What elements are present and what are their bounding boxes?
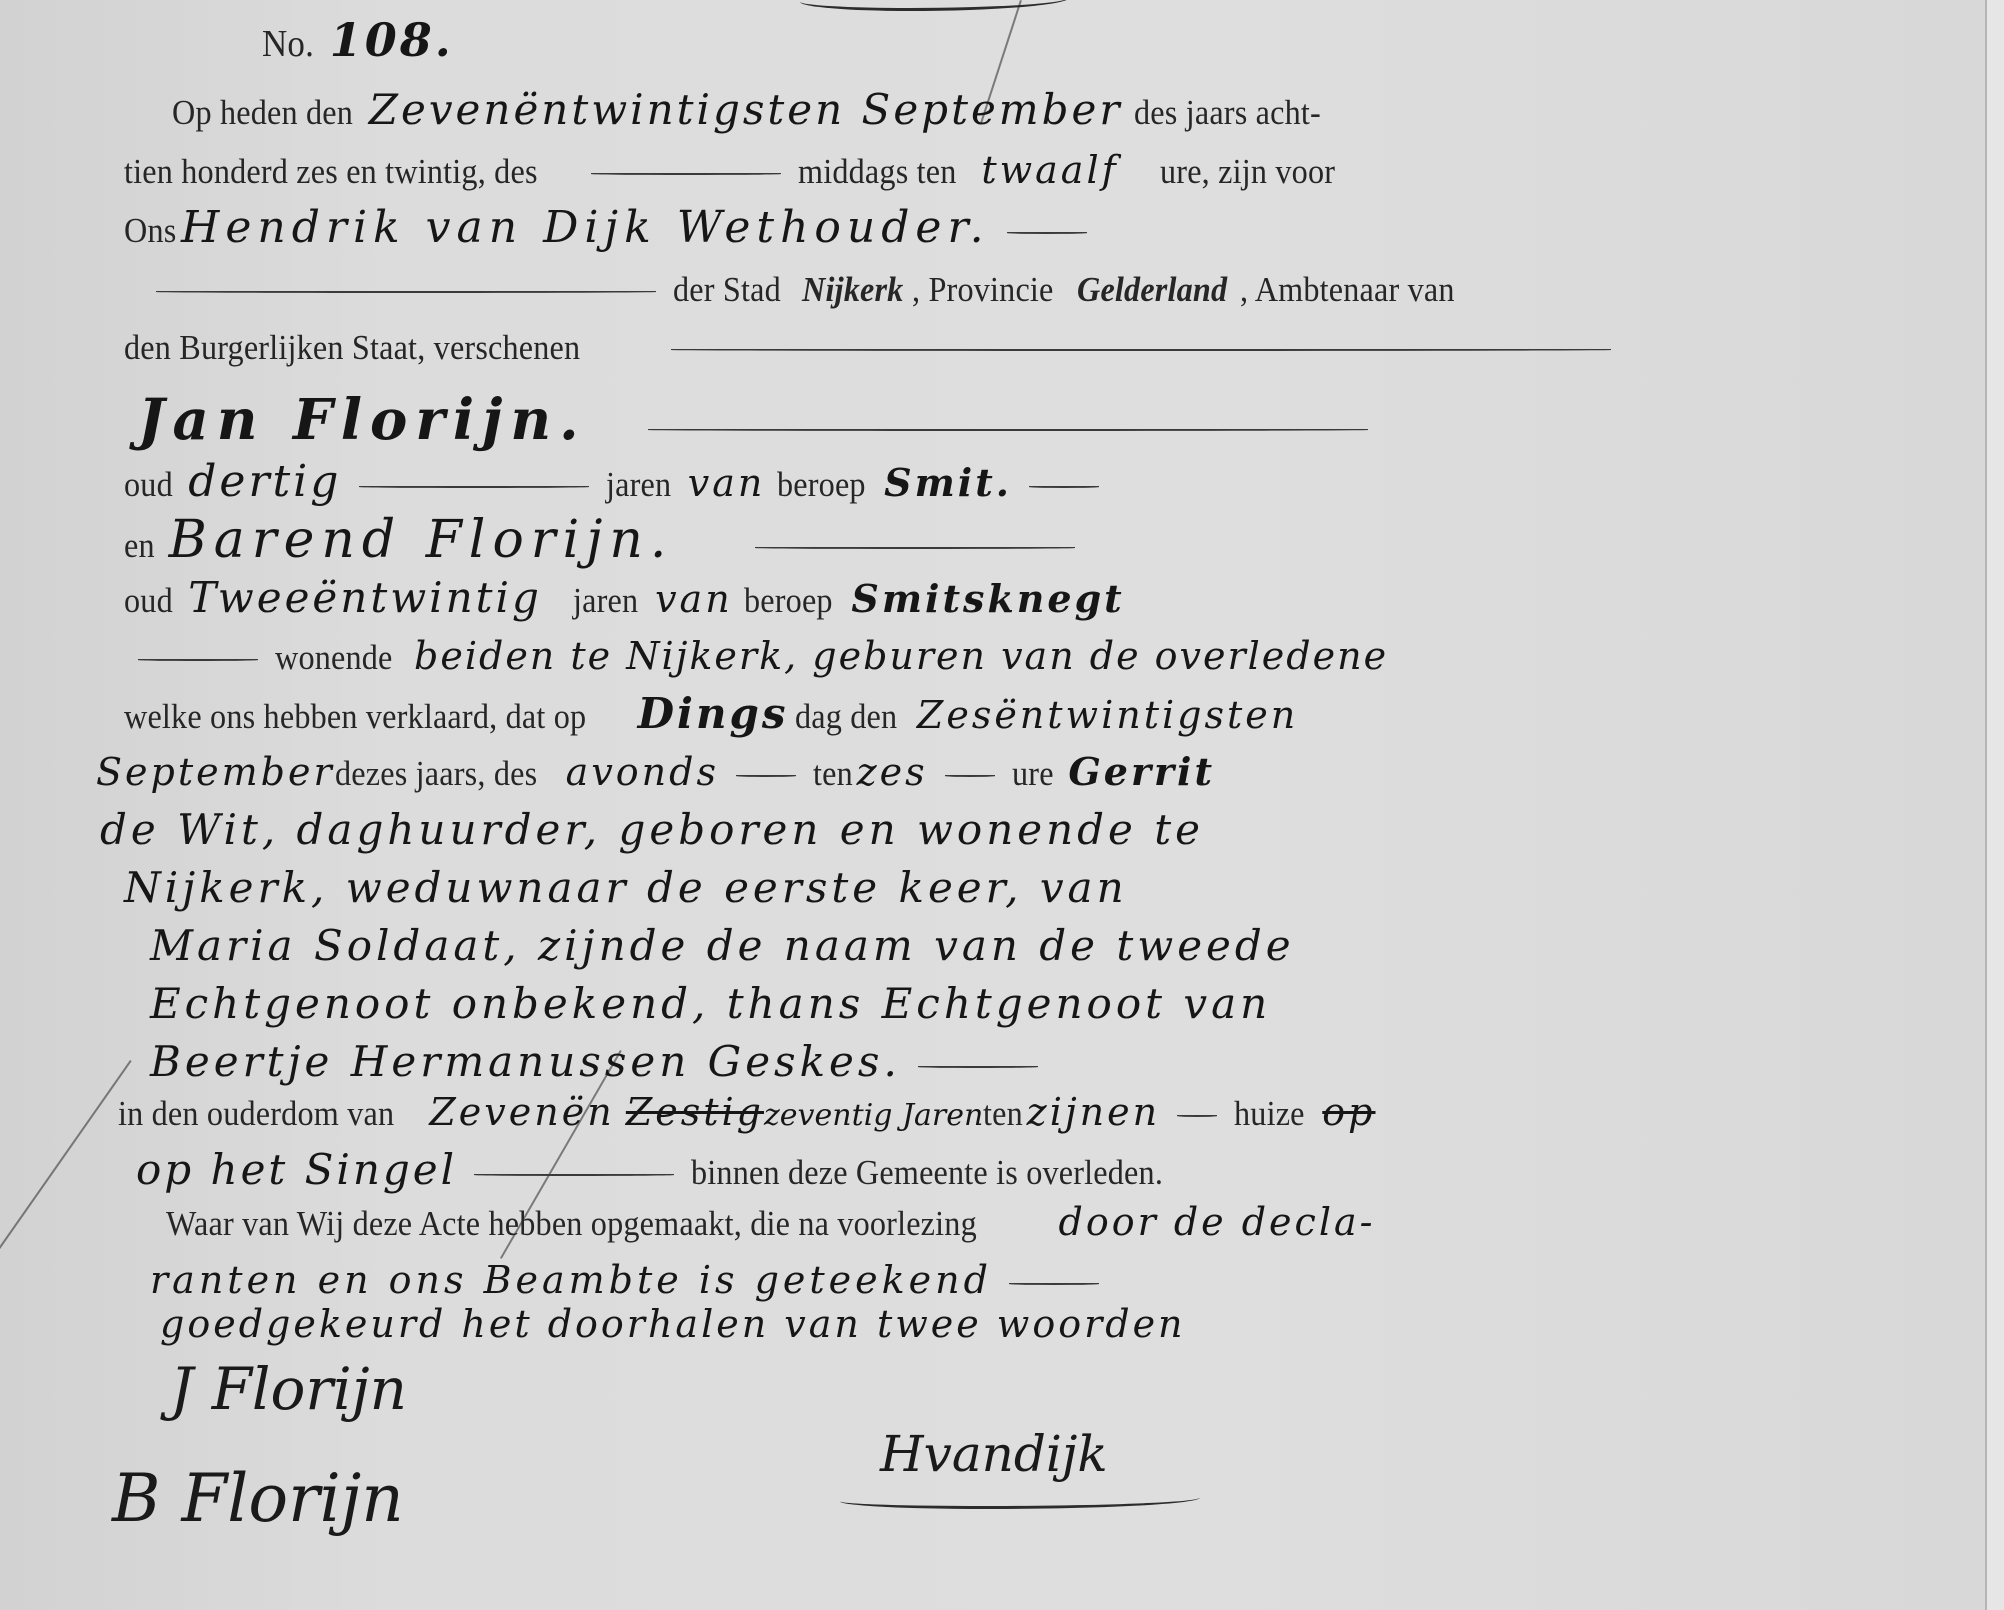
printed-text: en — [124, 524, 155, 568]
printed-text: ten — [813, 752, 853, 796]
fill-line — [736, 775, 796, 777]
line-8: en Barend Florijn. — [124, 518, 1081, 568]
death-day: Zesëntwintigsten — [917, 693, 1298, 737]
fill-line — [1177, 1115, 1217, 1117]
fill-line — [138, 659, 258, 661]
handwritten-closing: ranten en ons Beambte is geteekend — [150, 1258, 992, 1302]
printed-text: huize — [1234, 1092, 1305, 1136]
line-11: welke ons hebben verklaard, dat op Dings… — [124, 692, 1298, 739]
printed-text: oud — [124, 579, 173, 623]
line-18: in den ouderdom van Zevenën Zestigzevent… — [118, 1090, 1376, 1138]
line-10: wonende beiden te Nijkerk, geburen van d… — [132, 634, 1388, 680]
struck-word: op — [1322, 1090, 1375, 1134]
printed-text: welke ons hebben verklaard, dat op — [124, 695, 586, 739]
signature-declarant-2: B Florijn — [112, 1460, 404, 1537]
line-21: ranten en ons Beambte is geteekend — [150, 1258, 1105, 1304]
fill-line — [945, 775, 995, 777]
line-12: Septemberdezes jaars, des avonds tenzes … — [96, 750, 1215, 796]
printed-text: jaren — [606, 463, 671, 507]
line-15: Maria Soldaat, zijnde de naam van de twe… — [150, 924, 1295, 971]
handwritten-official: Hendrik van Dijk Wethouder. — [181, 206, 990, 250]
fill-line — [1009, 1283, 1099, 1285]
death-time-of-day: avonds — [566, 750, 719, 794]
printed-text: Ons — [124, 209, 176, 253]
correction-approval: goedgekeurd het doorhalen van twee woord… — [160, 1302, 1186, 1346]
death-hour: zes — [857, 750, 928, 794]
printed-text: dezes jaars, des — [335, 752, 537, 796]
printed-text: ure — [1012, 752, 1054, 796]
printed-text: der Stad — [673, 268, 781, 312]
fill-line — [755, 547, 1075, 549]
deceased-first-name: Gerrit — [1068, 750, 1215, 794]
signature-official: Hvandijk — [880, 1425, 1108, 1483]
record-number: No. 108. — [262, 18, 454, 67]
deceased-age-cont: zeventig Jaren — [764, 1094, 983, 1138]
declarant-1-occupation: Smit. — [884, 461, 1012, 505]
printed-text: Op heden den — [172, 91, 353, 135]
first-spouse: Maria Soldaat, zijnde de naam van de twe… — [150, 924, 1295, 968]
printed-text: middags ten — [798, 150, 957, 194]
declarant-1-name: Jan Florijn. — [138, 398, 587, 442]
fill-line — [1029, 486, 1099, 488]
printed-text: den Burgerlijken Staat, verschenen — [124, 326, 580, 370]
printed-text: tien honderd zes en twintig, des — [124, 150, 538, 194]
handwritten-text: van — [655, 577, 733, 621]
death-weekday: Dings — [638, 692, 789, 736]
line-20: Waar van Wij deze Acte hebben opgemaakt,… — [166, 1200, 1375, 1246]
line-5: den Burgerlijken Staat, verschenen — [124, 326, 1617, 370]
handwritten-hour: twaalf — [981, 148, 1118, 192]
fill-line — [1007, 232, 1087, 234]
declarant-2-name: Barend Florijn. — [169, 518, 674, 562]
province-name: Gelderland — [1077, 268, 1227, 312]
line-2: tien honderd zes en twintig, des middags… — [124, 148, 1350, 194]
line-13: de Wit, daghuurder, geboren en wonende t… — [100, 808, 1204, 855]
deceased-description: de Wit, daghuurder, geboren en wonende t… — [100, 808, 1204, 852]
struck-word: Zestig — [626, 1090, 764, 1134]
fill-line — [156, 291, 656, 293]
handwritten-closing: door de decla- — [1059, 1200, 1376, 1244]
printed-text: , Provincie — [912, 268, 1054, 312]
printed-text: beroep — [777, 463, 866, 507]
printed-text: oud — [124, 463, 173, 507]
printed-text: des jaars acht- — [1134, 91, 1321, 135]
number-value: 108. — [330, 18, 454, 62]
printed-text: in den ouderdom van — [118, 1092, 394, 1136]
line-4: der Stad Nijkerk, Provincie Gelderland, … — [150, 268, 1474, 312]
second-spouse-note: Echtgenoot onbekend, thans Echtgenoot va… — [150, 982, 1271, 1026]
handwritten-text: van — [688, 461, 766, 505]
line-9: oud Tweeëntwintig jaren van beroep Smits… — [124, 576, 1125, 623]
line-22: goedgekeurd het doorhalen van twee woord… — [160, 1302, 1186, 1348]
line-14: Nijkerk, weduwnaar de eerste keer, van — [124, 866, 1128, 913]
line-3: OnsHendrik van Dijk Wethouder. — [124, 206, 1093, 253]
printed-text: dag den — [795, 695, 897, 739]
handwritten-date: Zevenëntwintigsten September — [369, 88, 1123, 132]
number-label: No. — [262, 22, 314, 66]
printed-text: beroep — [744, 579, 833, 623]
line-19: op het Singel binnen deze Gemeente is ov… — [136, 1148, 1204, 1195]
printed-text: jaren — [573, 579, 638, 623]
fill-line — [648, 429, 1368, 431]
line-17: Beertje Hermanussen Geskes. — [150, 1040, 1044, 1087]
line-6: Jan Florijn. — [138, 398, 1374, 450]
printed-text: , Ambtenaar van — [1240, 268, 1455, 312]
current-spouse: Beertje Hermanussen Geskes. — [150, 1040, 901, 1084]
declarant-residence: beiden te Nijkerk, geburen van de overle… — [414, 634, 1388, 678]
place-of-death: op het Singel — [136, 1148, 457, 1192]
printed-text: Waar van Wij deze Acte hebben opgemaakt,… — [166, 1202, 977, 1246]
handwritten-text: zijnen — [1027, 1090, 1160, 1134]
line-1: Op heden denZevenëntwintigsten September… — [172, 88, 1337, 135]
printed-text: wonende — [275, 636, 393, 680]
printed-text: ure, zijn voor — [1160, 150, 1335, 194]
fill-line — [474, 1174, 674, 1176]
fill-line — [671, 349, 1611, 351]
fill-line — [591, 173, 781, 175]
printed-text: ten — [983, 1092, 1023, 1136]
signature-declarant-1: J Florijn — [170, 1355, 407, 1423]
declarant-1-age: dertig — [188, 460, 341, 504]
city-name: Nijkerk — [802, 268, 903, 312]
deceased-age: Zevenën — [429, 1090, 614, 1134]
line-16: Echtgenoot onbekend, thans Echtgenoot va… — [150, 982, 1271, 1029]
fill-line — [918, 1066, 1038, 1068]
deceased-marital-status: Nijkerk, weduwnaar de eerste keer, van — [124, 866, 1128, 910]
fill-line — [359, 486, 589, 488]
declarant-2-age: Tweeëntwintig — [188, 576, 542, 620]
page-edge — [1985, 0, 2004, 1610]
declarant-2-occupation: Smitsknegt — [851, 577, 1124, 621]
printed-text: binnen deze Gemeente is overleden. — [691, 1151, 1163, 1195]
death-month: September — [96, 750, 335, 794]
line-7: oud dertig jaren van beroep Smit. — [124, 460, 1105, 507]
